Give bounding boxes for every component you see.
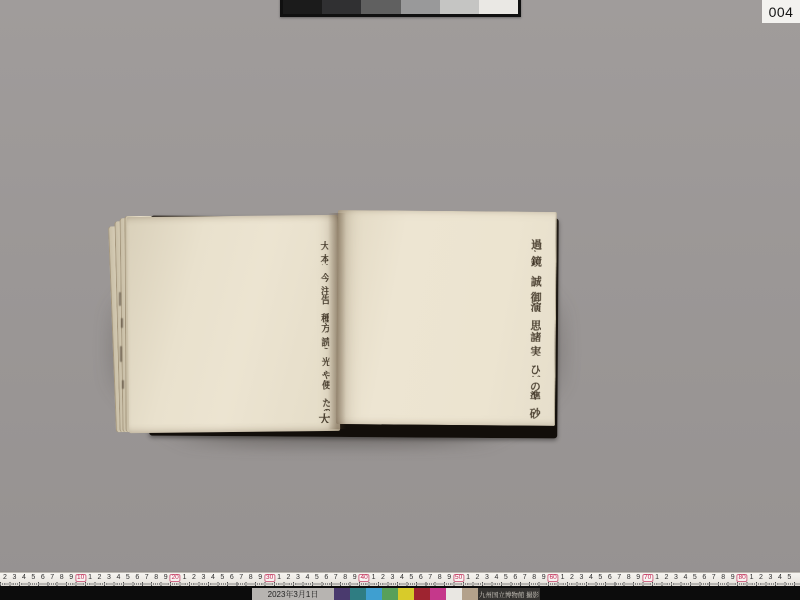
ruler-cm-number: 6 bbox=[419, 574, 423, 582]
ruler-cm-number: 2 bbox=[287, 574, 291, 582]
ruler-cm-number: 8 bbox=[627, 574, 631, 582]
ruler-cm-number: 6 bbox=[230, 574, 234, 582]
ruler-cm-number: 7 bbox=[145, 574, 149, 582]
handwriting-column: 誠ニありがたく深く bbox=[530, 276, 541, 287]
calibration-patch bbox=[430, 588, 446, 600]
ruler-cm-number: 1 bbox=[655, 574, 659, 582]
ruler-cm-number: 3 bbox=[579, 574, 583, 582]
ruler-cm-number: 5 bbox=[409, 574, 413, 582]
ruler-cm-number: 7 bbox=[712, 574, 716, 582]
handwriting-column: 実ニ不定食なもの bbox=[530, 346, 541, 356]
ruler-cm-number: 3 bbox=[12, 574, 16, 582]
ruler-cm-number: 6 bbox=[324, 574, 328, 582]
ruler-cm-number: 8 bbox=[60, 574, 64, 582]
handwriting-column: 御礼申上げます 講 bbox=[530, 291, 541, 302]
ink-bleed-mark bbox=[120, 346, 122, 362]
ruler-cm-number: 4 bbox=[400, 574, 404, 582]
ruler-mm-ticks bbox=[0, 583, 800, 585]
ruler-cm-number: 1 bbox=[88, 574, 92, 582]
handwriting-columns-right: 過りの成田川に任せば鏡ニ御配慮にあづかり誠ニありがたく深く御礼申上げます 講演は… bbox=[524, 239, 542, 419]
handwriting-column: 今ほも地方の人ニ bbox=[316, 273, 328, 282]
ruler-decimeter-number: 80 bbox=[736, 574, 747, 582]
ruler-cm-number: 1 bbox=[466, 574, 470, 582]
ruler-cm-number: 4 bbox=[589, 574, 593, 582]
ink-bleed-mark bbox=[121, 318, 123, 328]
ruler-cm-number: 7 bbox=[617, 574, 621, 582]
bottom-info-strip: 2023年3月1日 九州国立博物館 撮影 bbox=[0, 586, 800, 600]
manuscript-left-page: 大へく傳構ニ云は本けぬ地くう下めく今ほも地方の人ニ注意ヲもひかれ 教告ヲ信経ヲ申… bbox=[127, 215, 340, 433]
ruler-cm-number: 5 bbox=[693, 574, 697, 582]
ruler-cm-number: 5 bbox=[504, 574, 508, 582]
ruler-cm-number: 4 bbox=[778, 574, 782, 582]
book-gutter-shadow bbox=[328, 213, 346, 429]
ruler-cm-number: 4 bbox=[211, 574, 215, 582]
ruler-decimeter-number: 10 bbox=[75, 574, 86, 582]
ruler-cm-number: 3 bbox=[485, 574, 489, 582]
ruler-cm-number: 8 bbox=[438, 574, 442, 582]
ruler-cm-number: 9 bbox=[258, 574, 262, 582]
ruler-decimeter-number: 50 bbox=[453, 574, 464, 582]
ruler-cm-number: 1 bbox=[183, 574, 187, 582]
ruler-cm-number: 5 bbox=[220, 574, 224, 582]
ruler-cm-number: 9 bbox=[636, 574, 640, 582]
museum-credit-label: 九州国立博物館 撮影 bbox=[478, 588, 540, 600]
handwriting-column: 思ひ得ず参ギ木ニの bbox=[530, 320, 541, 331]
handwriting-column: 大へく傳構ニ云は bbox=[316, 241, 328, 250]
ruler-cm-number: 2 bbox=[3, 574, 7, 582]
ruler-decimeter-number: 20 bbox=[169, 574, 180, 582]
ruler-cm-number: 6 bbox=[608, 574, 612, 582]
ruler-decimeter-number: 60 bbox=[547, 574, 558, 582]
handwriting-column: 注意ヲもひかれ 教 bbox=[317, 286, 329, 296]
ruler-cm-number: 9 bbox=[731, 574, 735, 582]
ruler-cm-number: 4 bbox=[494, 574, 498, 582]
ruler-numbers: 2345678910123456789201234567893012345678… bbox=[0, 574, 800, 582]
ruler-cm-number: 1 bbox=[750, 574, 754, 582]
ruler-cm-number: 7 bbox=[428, 574, 432, 582]
handwriting-column: のは少し意外ニて bbox=[529, 380, 540, 390]
handwriting-column: 準備不足ヲ詫び bbox=[529, 391, 540, 400]
ruler-cm-number: 8 bbox=[721, 574, 725, 582]
ruler-cm-number: 9 bbox=[447, 574, 451, 582]
calibration-patch bbox=[401, 0, 440, 14]
handwriting-column: 過りの成田川に任せば bbox=[531, 239, 542, 252]
handwriting-column: 諸先生ニ云ひ除ニ bbox=[530, 332, 541, 342]
ruler-cm-number: 5 bbox=[598, 574, 602, 582]
handwriting-column: ひどく耳を傾けて居た bbox=[529, 364, 540, 377]
calibration-patch bbox=[479, 0, 518, 14]
photograph-stage: 004 大へく傳構ニ云は本けぬ地くう下めく今ほも地方の人ニ注意ヲもひかれ 教告ヲ… bbox=[0, 0, 800, 600]
ruler-cm-number: 7 bbox=[334, 574, 338, 582]
ruler-cm-number: 7 bbox=[523, 574, 527, 582]
calibration-patch bbox=[334, 588, 350, 600]
ruler-cm-number: 2 bbox=[381, 574, 385, 582]
ruler-cm-number: 9 bbox=[542, 574, 546, 582]
calibration-patch bbox=[366, 588, 382, 600]
ruler-cm-number: 1 bbox=[372, 574, 376, 582]
ruler-cm-number: 8 bbox=[249, 574, 253, 582]
ruler-cm-number: 3 bbox=[768, 574, 772, 582]
ruler-cm-number: 2 bbox=[98, 574, 102, 582]
handwriting-column: 本けぬ地くう下めく bbox=[316, 254, 328, 265]
ruler-cm-number: 3 bbox=[674, 574, 678, 582]
ruler-cm-number: 4 bbox=[22, 574, 26, 582]
handwriting-column: 砂月折りの中ニ五悪 bbox=[529, 407, 540, 418]
ruler-decimeter-number: 40 bbox=[358, 574, 369, 582]
calibration-patch bbox=[322, 0, 361, 14]
frame-number-label: 004 bbox=[762, 0, 800, 23]
ruler-cm-number: 5 bbox=[126, 574, 130, 582]
calibration-patch bbox=[283, 0, 322, 14]
calibration-patch bbox=[462, 588, 478, 600]
calibration-patch bbox=[350, 588, 366, 600]
ruler-cm-number: 7 bbox=[50, 574, 54, 582]
color-calibration-bar bbox=[334, 588, 478, 600]
ink-bleed-mark bbox=[122, 380, 124, 389]
grayscale-calibration-bar bbox=[280, 0, 521, 17]
handwriting-column: 告ヲ信経ヲ申なし bbox=[317, 295, 329, 304]
ruler-cm-number: 2 bbox=[476, 574, 480, 582]
ruler-cm-number: 8 bbox=[532, 574, 536, 582]
ruler-cm-number: 1 bbox=[277, 574, 281, 582]
calibration-patch bbox=[361, 0, 400, 14]
handwriting-column: 演は時刻の都合で bbox=[530, 302, 541, 312]
ruler-cm-number: 6 bbox=[41, 574, 45, 582]
ruler-decimeter-number: 30 bbox=[264, 574, 275, 582]
calibration-patch bbox=[446, 588, 462, 600]
ruler-cm-number: 3 bbox=[296, 574, 300, 582]
ruler-cm-number: 1 bbox=[561, 574, 565, 582]
ruler-cm-number: 8 bbox=[343, 574, 347, 582]
calibration-patch bbox=[414, 588, 430, 600]
ruler-cm-number: 3 bbox=[201, 574, 205, 582]
ruler-cm-number: 9 bbox=[69, 574, 73, 582]
calibration-patch bbox=[382, 588, 398, 600]
ruler-cm-number: 2 bbox=[665, 574, 669, 582]
calibration-patch bbox=[440, 0, 479, 14]
ruler-cm-number: 2 bbox=[192, 574, 196, 582]
ink-bleed-mark bbox=[119, 292, 121, 306]
ruler-cm-number: 3 bbox=[390, 574, 394, 582]
ruler-cm-number: 4 bbox=[683, 574, 687, 582]
ruler-cm-number: 4 bbox=[305, 574, 309, 582]
ruler-decimeter-number: 70 bbox=[642, 574, 653, 582]
ruler-cm-number: 8 bbox=[154, 574, 158, 582]
ruler-cm-number: 4 bbox=[116, 574, 120, 582]
capture-date-label: 2023年3月1日 bbox=[252, 588, 334, 600]
measurement-ruler: 2345678910123456789201234567893012345678… bbox=[0, 572, 800, 587]
ruler-cm-number: 3 bbox=[107, 574, 111, 582]
ruler-cm-number: 5 bbox=[315, 574, 319, 582]
calibration-patch bbox=[398, 588, 414, 600]
ruler-cm-number: 9 bbox=[164, 574, 168, 582]
ruler-cm-number: 6 bbox=[513, 574, 517, 582]
ruler-cm-number: 7 bbox=[239, 574, 243, 582]
handwriting-column: 鏡ニ御配慮にあづかり bbox=[530, 255, 541, 268]
manuscript-right-page: 過りの成田川に任せば鏡ニ御配慮にあづかり誠ニありがたく深く御礼申上げます 講演は… bbox=[336, 210, 557, 426]
ruler-cm-number: 9 bbox=[353, 574, 357, 582]
ruler-cm-number: 2 bbox=[570, 574, 574, 582]
ruler-cm-number: 6 bbox=[135, 574, 139, 582]
ruler-cm-number: 5 bbox=[787, 574, 791, 582]
ruler-cm-number: 6 bbox=[702, 574, 706, 582]
ruler-cm-number: 2 bbox=[759, 574, 763, 582]
ruler-cm-number: 5 bbox=[31, 574, 35, 582]
